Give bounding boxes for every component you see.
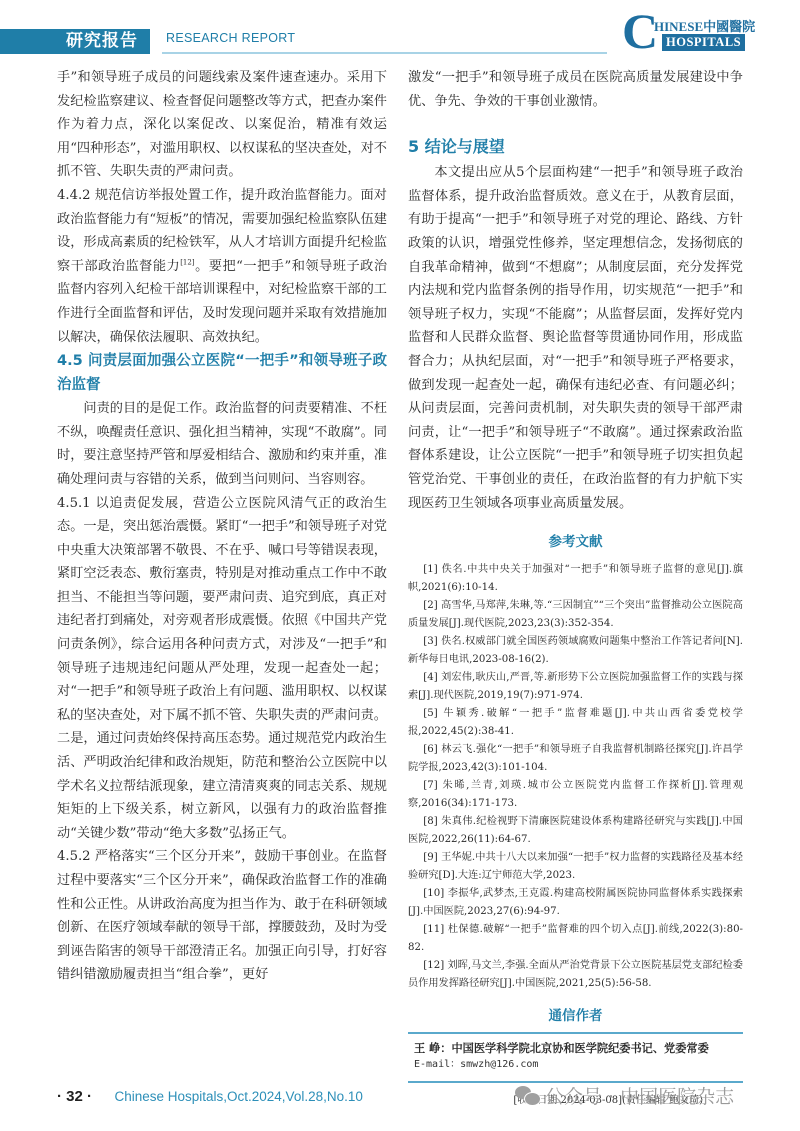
reference-item: [2] 高雪华,马郑萍,朱琳,等.“三因制宜”“三个突出”监督推动公立医院高质量… (408, 597, 743, 633)
conclusion-paragraph: 本文提出应从5个层面构建“一把手”和领导班子政治监督体系，提升政治监督质效。意义… (408, 161, 743, 515)
section-4-4-2: 4.4.2 规范信访举报处置工作，提升政治监督能力。面对政治监督能力有“短板”的… (57, 184, 387, 349)
wechat-icon (515, 1086, 539, 1106)
logo-letter: C (622, 6, 658, 56)
reference-item: [7] 朱晞,兰青,刘瑛.城市公立医院党内监督工作探析[J].管理观察,2016… (408, 777, 743, 813)
reference-item: [4] 刘宏伟,耿庆山,严晋,等.新形势下公立医院加强监督工作的实践与探索[J]… (408, 669, 743, 705)
subsection-number: 4.4.2 (57, 188, 91, 203)
page-number: · 32 · (57, 1088, 92, 1105)
reference-text: [12] 刘晖,马文兰,李强.全面从严治党背景下公立医院基层党支部纪检委员作用发… (408, 960, 743, 989)
paragraph-continued: 激发“一把手”和领导班子成员在医院高质量发展建设中争优、争先、争效的干事创业激情… (408, 66, 743, 113)
section-4-5-heading: 4.5 问责层面加强公立医院“一把手”和领导班子政治监督 (57, 349, 387, 397)
reference-text: [3] 佚名.权威部门就全国医药领域腐败问题集中整治工作答记者问[N].新华每日… (408, 636, 743, 665)
reference-item: [9] 王华妮.中共十八大以来加强“一把手”权力监督的实践路径及基本经验研究[D… (408, 849, 743, 885)
reference-item: [6] 林云飞.强化“一把手”和领导班子自我监督机制路径探究[J].许昌学院学报… (408, 741, 743, 777)
section-label-cn: 研究报告 (0, 29, 150, 54)
reference-text: [10] 李振华,武梦杰,王克霞.构建高校附属医院协同监督体系实践探索[J].中… (408, 888, 743, 917)
logo-top-text: HINESE中國醫院 (654, 16, 755, 35)
references-title: 参考文献 (408, 531, 743, 555)
corresponding-author-box: 王 峥：中国医学科学院北京协和医学院纪委书记、党委常委 E-mail：smwzh… (408, 1034, 743, 1083)
reference-item: [5] 牛颖秀.破解“一把手”监督难题[J].中共山西省委党校学报,2022,4… (408, 705, 743, 741)
citation-link[interactable]: [12] (180, 258, 194, 266)
author-info: 王 峥：中国医学科学院北京协和医学院纪委书记、党委常委 (414, 1040, 743, 1057)
author-email[interactable]: E-mail：smwzh@126.com (414, 1057, 743, 1073)
page-header: 研究报告 RESEARCH REPORT C HINESE中國醫院 HOSPIT… (0, 0, 800, 60)
section-label-en: RESEARCH REPORT (166, 31, 295, 45)
journal-citation: Chinese Hospitals,Oct.2024,Vol.28,No.10 (114, 1089, 362, 1104)
section-5-heading: 5 结论与展望 (408, 135, 743, 159)
page-footer: · 32 · Chinese Hospitals,Oct.2024,Vol.28… (57, 1088, 363, 1106)
reference-text: [11] 杜保德.破解“一把手”监督难的四个切入点[J].前线,2022(3):… (408, 924, 743, 953)
journal-logo: C HINESE中國醫院 HOSPITALS (622, 10, 782, 54)
reference-text: [4] 刘宏伟,耿庆山,严晋,等.新形势下公立医院加强监督工作的实践与探索[J]… (408, 672, 743, 701)
reference-list: [1] 佚名.中共中央关于加强对“一把手”和领导班子监督的意见[J].旗帜,20… (408, 561, 743, 993)
watermark-text: 公众号 · 中国医院杂志 (545, 1086, 734, 1108)
reference-text: [5] 牛颖秀.破解“一把手”监督难题[J].中共山西省委党校学报,2022,4… (408, 708, 743, 737)
logo-bottom-text: HOSPITALS (662, 34, 745, 51)
reference-item: [8] 朱真伟.纪检视野下清廉医院建设体系构建路径研究与实践[J].中国医院,2… (408, 813, 743, 849)
reference-item: [3] 佚名.权威部门就全国医药领域腐败问题集中整治工作答记者问[N].新华每日… (408, 633, 743, 669)
header-divider (162, 52, 607, 54)
reference-item: [10] 李振华,武梦杰,王克霞.构建高校附属医院协同监督体系实践探索[J].中… (408, 885, 743, 921)
section-4-5-paragraph: 问责的目的是促工作。政治监督的问责要精准、不枉不纵，唤醒责任意识、强化担当精神，… (57, 397, 387, 491)
reference-text: [1] 佚名.中共中央关于加强对“一把手”和领导班子监督的意见[J].旗帜,20… (408, 564, 743, 593)
reference-text: [7] 朱晞,兰青,刘瑛.城市公立医院党内监督工作探析[J].管理观察,2016… (408, 780, 743, 809)
reference-text: [9] 王华妮.中共十八大以来加强“一把手”权力监督的实践路径及基本经验研究[D… (408, 852, 743, 881)
reference-text: [6] 林云飞.强化“一把手”和领导班子自我监督机制路径探究[J].许昌学院学报… (408, 744, 743, 773)
left-column: 手”和领导班子成员的问题线索及案件速查速办。采用下发纪检监察建议、检查督促问题整… (57, 66, 387, 987)
reference-item: [11] 杜保德.破解“一把手”监督难的四个切入点[J].前线,2022(3):… (408, 921, 743, 957)
reference-item: [1] 佚名.中共中央关于加强对“一把手”和领导班子监督的意见[J].旗帜,20… (408, 561, 743, 597)
corresponding-author-title: 通信作者 (408, 1005, 743, 1035)
reference-item: [12] 刘晖,马文兰,李强.全面从严治党背景下公立医院基层党支部纪检委员作用发… (408, 957, 743, 993)
section-4-5-1: 4.5.1 以追责促发展，营造公立医院风清气正的政治生态。一是，突出惩治震慑。紧… (57, 492, 387, 846)
section-4-5-2: 4.5.2 严格落实“三个区分开来”，鼓励干事创业。在监督过程中要落实“三个区分… (57, 845, 387, 987)
paragraph-continued: 手”和领导班子成员的问题线索及案件速查速办。采用下发纪检监察建议、检查督促问题整… (57, 66, 387, 184)
reference-text: [8] 朱真伟.纪检视野下清廉医院建设体系构建路径研究与实践[J].中国医院,2… (408, 816, 743, 845)
right-column: 激发“一把手”和领导班子成员在医院高质量发展建设中争优、争先、争效的干事创业激情… (408, 66, 743, 1113)
wechat-watermark: 公众号 · 中国医院杂志 (515, 1082, 734, 1109)
reference-text: [2] 高雪华,马郑萍,朱琳,等.“三因制宜”“三个突出”监督推动公立医院高质量… (408, 600, 743, 629)
